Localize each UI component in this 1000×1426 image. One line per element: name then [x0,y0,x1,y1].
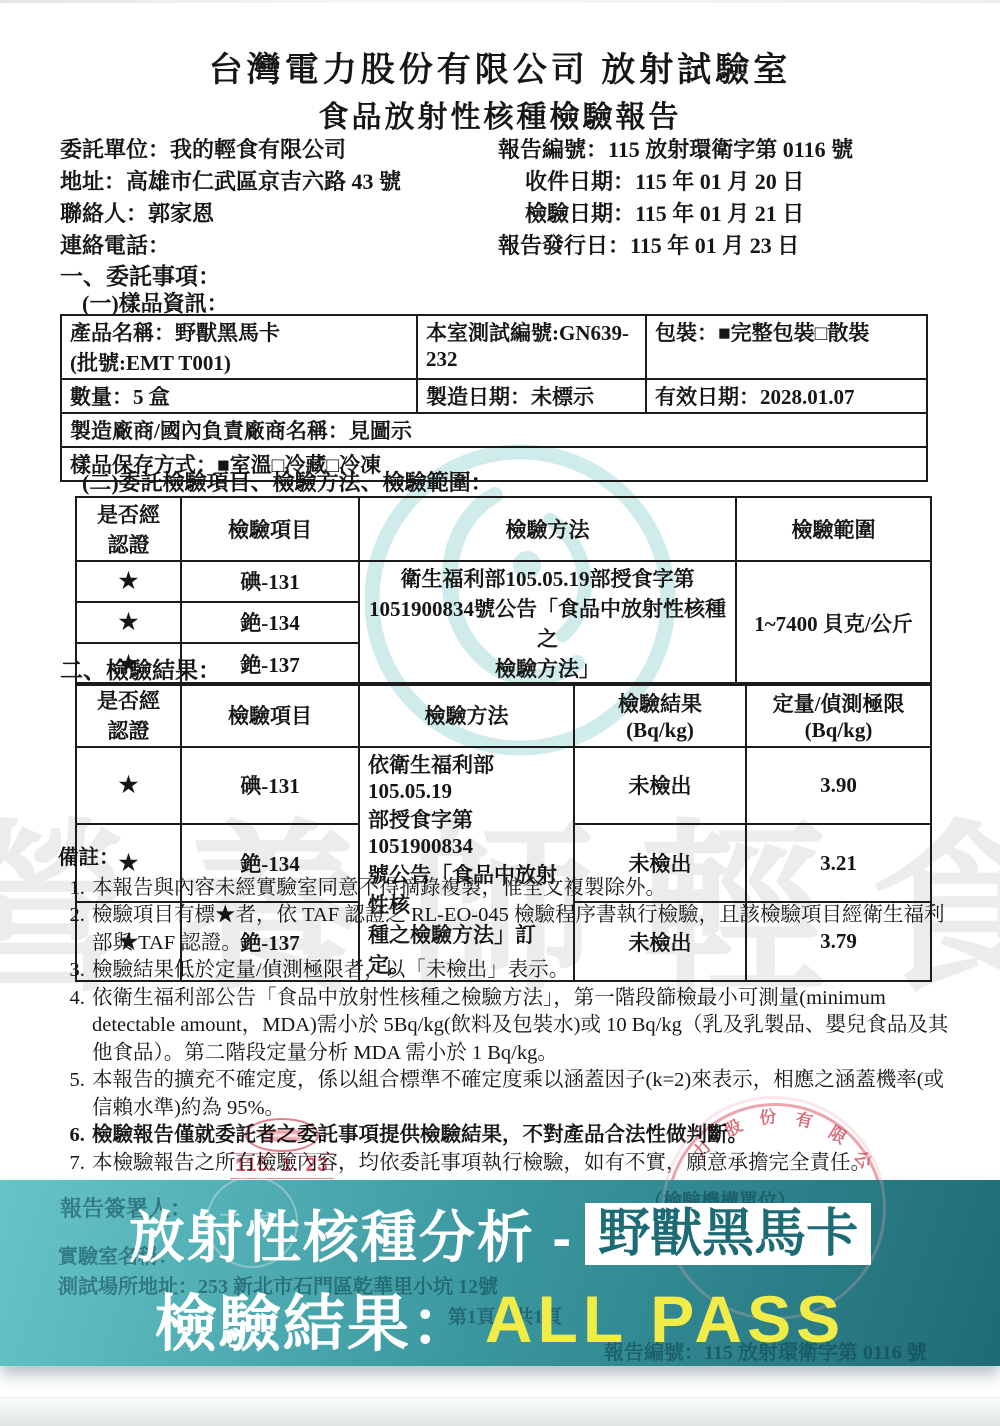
limit-value: 3.90 [746,747,931,824]
issue-date: 報告發行日：115 年 01 月 23 日 [498,230,853,262]
banner-result-prefix: 檢驗結果： [155,1274,475,1363]
test-date: 檢驗日期：115 年 01 月 21 日 [498,198,853,230]
certified-star: ★ [76,747,181,824]
report-number: 報告編號：115 放射環衛字第 0116 號 [498,134,853,166]
banner-title-line: 放射性核種分析 - 野獸黑馬卡 [0,1194,1000,1274]
table-row: ★ 碘-131 依衛生福利部 105.05.19 部授食字第 105190083… [76,747,931,824]
report-page: 營 養 師 輕 食 台灣電力股份有限公司 放射試驗室 食品放射性核種檢驗報告 委… [0,0,1000,1426]
range-header: 檢驗範圍 [736,497,931,561]
method-header: 檢驗方法 [359,683,574,747]
note-item: 檢驗項目有標★者，依 TAF 認證之 RL-EO-045 檢驗程序書執行檢驗，且… [90,902,958,957]
banner-result-value: ALL PASS [485,1281,845,1357]
range-text-cell: 1~7400 貝克/公斤 [736,561,931,685]
page-title: 台灣電力股份有限公司 放射試驗室 [0,42,1000,91]
limit-header: 定量/偵測極限 (Bq/kg) [746,683,931,747]
table-row: ★ 碘-131 衛生福利部105.05.19部授食字第 1051900834號公… [76,561,931,602]
table-row: 產品名稱：野獸黑馬卡 (批號:EMT T001) 本室測試編號:GN639-23… [61,315,927,379]
item-header: 檢驗項目 [181,497,359,561]
expiry-date-cell: 有效日期：2028.01.07 [646,379,927,413]
page-subtitle: 食品放射性核種檢驗報告 [0,92,1000,136]
page-top-edge [0,0,1000,3]
client-info-block: 委託單位：我的輕食有限公司 地址：高雄市仁武區京吉六路 43 號 聯絡人：郭家恩… [60,134,401,262]
method-text-cell: 衛生福利部105.05.19部授食字第 1051900834號公告「食品中放射性… [359,561,736,685]
banner-product-highlight: 野獸黑馬卡 [585,1203,871,1265]
banner-title-prefix: 放射性核種分析 - [129,1194,573,1274]
table-header-row: 是否經 認證 檢驗項目 檢驗方法 檢驗結果 (Bq/kg) 定量/偵測極限 (B… [76,683,931,747]
mfg-date-cell: 製造日期：未標示 [417,379,646,413]
client-address: 地址：高雄市仁武區京吉六路 43 號 [60,166,401,198]
item-name: 碘-131 [181,747,359,824]
quantity-cell: 數量：5 盒 [61,379,417,413]
entrust-unit: 委託單位：我的輕食有限公司 [60,134,401,166]
method-header: 檢驗方法 [359,497,736,561]
note-item: 依衛生福利部公告「食品中放射性核種之檢驗方法」，第一階段篩檢最小可測量(mini… [90,985,958,1068]
note-item: 本報告與內容未經實驗室同意不得摘錄複製，惟全文複製除外。 [90,875,958,903]
received-date: 收件日期：115 年 01 月 20 日 [498,166,853,198]
notes-label: 備註： [58,845,958,873]
contact-person: 聯絡人：郭家恩 [60,198,401,230]
certified-header: 是否經 認證 [76,683,181,747]
table-row: 製造廠商/國內負責廠商名稱：見圖示 [61,413,927,447]
entrusted-items-subheading: (二)委託檢驗項目、檢驗方法、檢驗範圍： [82,466,493,497]
item-name: 碘-131 [181,561,359,602]
sample-info-table: 產品名稱：野獸黑馬卡 (批號:EMT T001) 本室測試編號:GN639-23… [60,314,928,482]
section2-heading: 二、檢驗結果： [60,652,221,685]
certified-header: 是否經 認證 [76,497,181,561]
table-row: 數量：5 盒 製造日期：未標示 有效日期：2028.01.07 [61,379,927,413]
report-info-block: 報告編號：115 放射環衛字第 0116 號 收件日期：115 年 01 月 2… [498,134,853,262]
manufacturer-cell: 製造廠商/國內負責廠商名稱：見圖示 [61,413,927,447]
test-number-cell: 本室測試編號:GN639-232 [417,315,646,379]
table-header-row: 是否經 認證 檢驗項目 檢驗方法 檢驗範圍 [76,497,931,561]
result-header: 檢驗結果 (Bq/kg) [574,683,746,747]
page-bottom-edge [0,1397,1000,1426]
note-item: 檢驗結果低於定量/偵測極限者，以「未檢出」表示。 [90,957,958,985]
result-value: 未檢出 [574,747,746,824]
item-header: 檢驗項目 [181,683,359,747]
certified-star: ★ [76,561,181,602]
item-name: 銫-134 [181,602,359,643]
product-name-cell: 產品名稱：野獸黑馬卡 (批號:EMT T001) [61,315,417,379]
banner-result-line: 檢驗結果： ALL PASS [0,1274,1000,1363]
certified-star: ★ [76,602,181,643]
result-banner: 丁 字 報告簽署人： 實驗室名稱： 測試場所地址：253 新北市石門區乾華里小坑… [0,1180,1000,1366]
packaging-cell: 包裝：■完整包裝□散裝 [646,315,927,379]
